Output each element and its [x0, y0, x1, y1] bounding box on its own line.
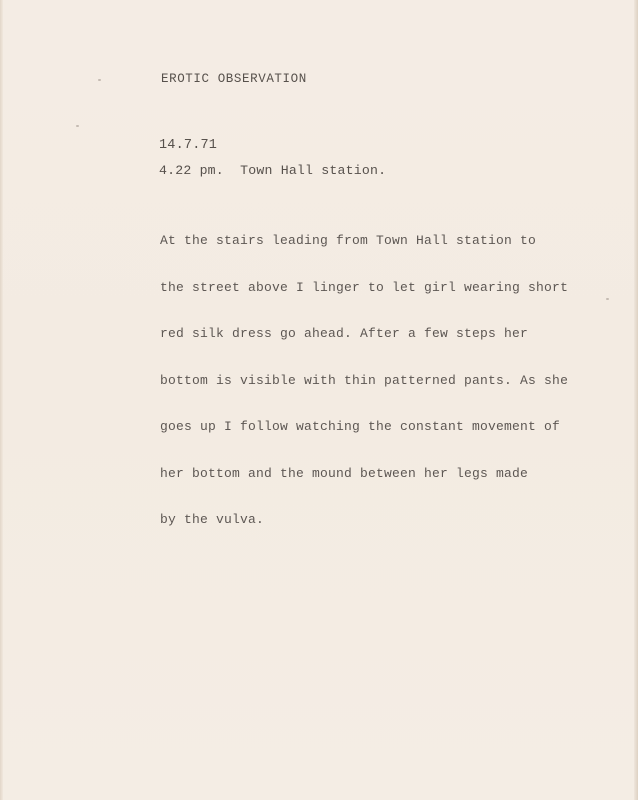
document-title: EROTIC OBSERVATION: [161, 72, 307, 86]
body-line: goes up I follow watching the constant m…: [160, 419, 568, 435]
body-line: At the stairs leading from Town Hall sta…: [160, 233, 568, 249]
paper-edge-left: [0, 0, 3, 800]
body-line: her bottom and the mound between her leg…: [160, 466, 568, 482]
time-and-place: 4.22 pm. Town Hall station.: [159, 163, 386, 178]
observation-body: At the stairs leading from Town Hall sta…: [160, 202, 568, 559]
document-date: 14.7.71: [159, 138, 217, 153]
body-line: by the vulva.: [160, 512, 568, 528]
paper-speck: [606, 298, 609, 300]
body-line: bottom is visible with thin patterned pa…: [160, 373, 568, 389]
typewritten-page: EROTIC OBSERVATION 14.7.71 4.22 pm. Town…: [0, 0, 638, 800]
paper-edge-right: [634, 0, 638, 800]
paper-speck: [76, 125, 79, 127]
body-line: the street above I linger to let girl we…: [160, 280, 568, 296]
body-line: red silk dress go ahead. After a few ste…: [160, 326, 568, 342]
paper-speck: [98, 79, 101, 81]
